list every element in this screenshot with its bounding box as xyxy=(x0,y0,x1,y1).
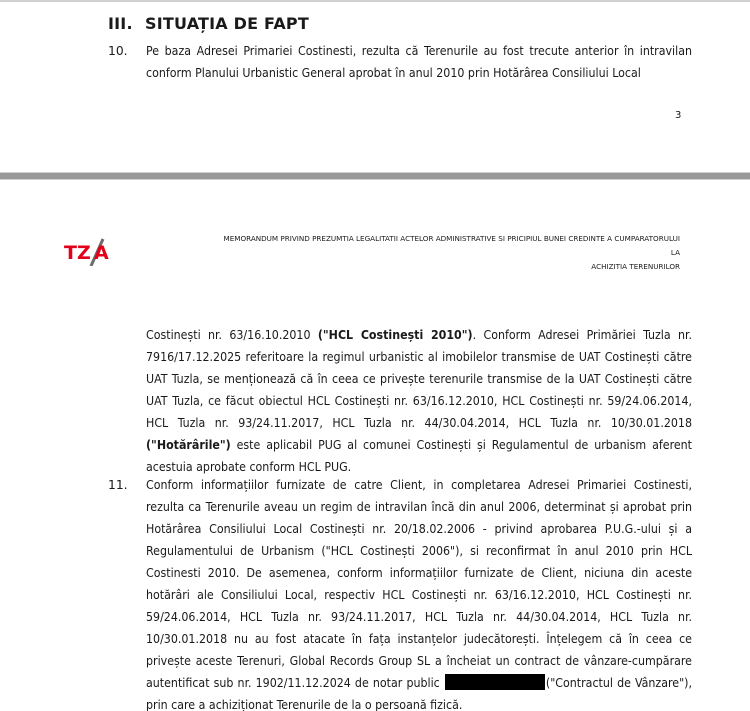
paragraph-10-continued: Costinești nr. 63/16.10.2010 ("HCL Costi… xyxy=(146,324,692,478)
svg-text:A: A xyxy=(94,242,109,264)
paragraph-10: Pe baza Adresei Primariei Costinesti, re… xyxy=(146,40,692,84)
page-separator xyxy=(0,172,750,180)
section-number: III. xyxy=(108,14,145,33)
page-number: 3 xyxy=(675,110,681,121)
section-title: SITUAȚIA DE FAPT xyxy=(145,14,309,33)
paragraph-number-10: 10. xyxy=(108,40,128,62)
document-page-4: TZ A MEMORANDUM PRIVIND PREZUMTIA LEGALI… xyxy=(0,180,750,711)
svg-text:TZ: TZ xyxy=(64,242,91,264)
section-heading: III.SITUAȚIA DE FAPT xyxy=(108,14,309,33)
document-page-3: III.SITUAȚIA DE FAPT 10. Pe baza Adresei… xyxy=(0,2,750,172)
paragraph-11: Conform informațiilor furnizate de catre… xyxy=(146,474,692,711)
paragraph-number-11: 11. xyxy=(108,474,128,496)
running-header-line2: ACHIZITIA TERENURILOR xyxy=(220,260,680,274)
redacted-notary-name xyxy=(445,674,545,690)
running-header-line1: MEMORANDUM PRIVIND PREZUMTIA LEGALITATII… xyxy=(220,232,680,260)
running-header: MEMORANDUM PRIVIND PREZUMTIA LEGALITATII… xyxy=(220,232,680,274)
defined-term: ("HCL Costinești 2010") xyxy=(318,328,473,342)
tza-logo: TZ A xyxy=(64,236,112,266)
defined-term: ("Hotărârile") xyxy=(146,438,231,452)
